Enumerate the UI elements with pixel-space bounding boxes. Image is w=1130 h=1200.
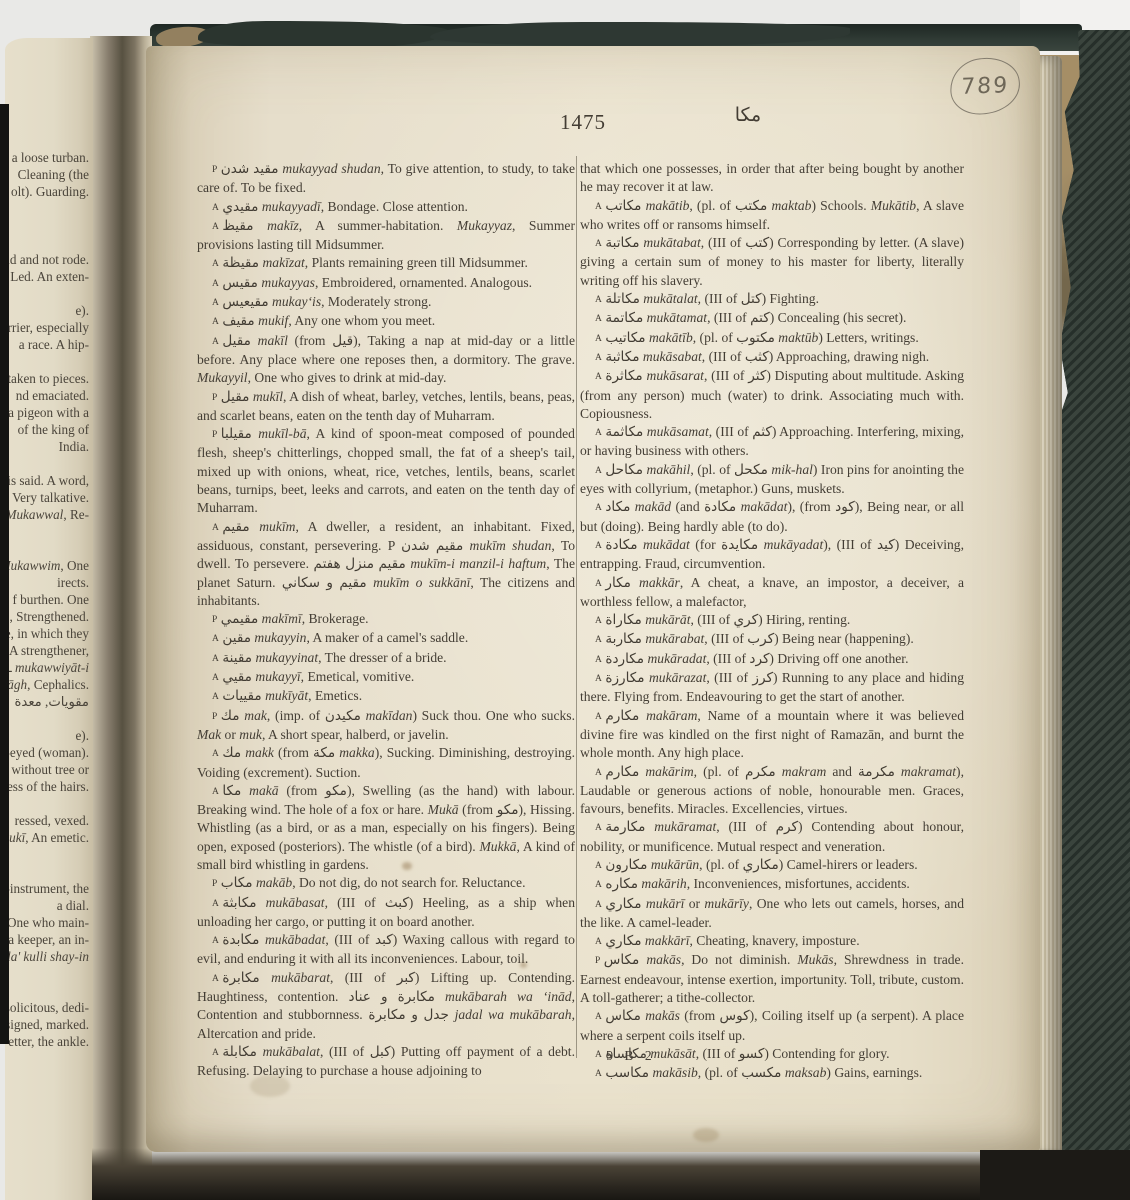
dictionary-entry: Aمقييات mukīyāt, Emetics. xyxy=(197,687,575,706)
language-tag: P xyxy=(595,956,601,966)
cover-fray-patch xyxy=(198,21,448,48)
facing-page-text-fragment: irects. xyxy=(5,575,93,592)
facing-page-text-fragment: a race. A hip- xyxy=(5,337,93,354)
facing-page-text-fragment: olt). Guarding. xyxy=(5,184,93,201)
facing-page-text-fragment: ressed, vexed. xyxy=(5,813,93,830)
facing-page-text-fragment xyxy=(5,235,93,252)
language-tag: A xyxy=(595,353,602,363)
cover-fray-patch xyxy=(430,22,850,46)
language-tag: P xyxy=(212,615,218,625)
language-tag: A xyxy=(595,295,602,305)
language-tag: A xyxy=(595,635,602,645)
dictionary-entry: Aمقيس mukayyas, Embroidered, ornamented.… xyxy=(197,274,575,293)
language-tag: A xyxy=(212,692,219,702)
language-tag: A xyxy=(212,337,219,347)
dictionary-entry: Aمكاد makād (and مكادة makādat), (from ك… xyxy=(580,498,964,536)
dictionary-entry: Aمكاري makkārī, Cheating, knavery, impos… xyxy=(580,932,964,951)
facing-page-text-fragment: a keeper, an in- xyxy=(5,932,93,949)
dictionary-entry: Aمكاثبة mukāsabat, (III of كثب) Approach… xyxy=(580,348,964,367)
dictionary-entry: Aمقيدي mukayyadī, Bondage. Close attenti… xyxy=(197,198,575,217)
language-tag: A xyxy=(595,937,602,947)
dictionary-entry: Aمكاتمة mukātamat, (III of كتم) Conceali… xyxy=(580,309,964,328)
facing-page-text-fragment xyxy=(5,218,93,235)
facing-page-text-fragment: f burthen. One xyxy=(5,592,93,609)
dictionary-entry: that which one possesses, in order that … xyxy=(580,160,964,197)
facing-page-text-fragment: ـو mukawwiyāt-i xyxy=(5,660,93,677)
facing-page-text-fragment xyxy=(5,711,93,728)
dictionary-entry: Aمكاري mukārī or mukārīy, One who lets o… xyxy=(580,895,964,933)
language-tag: A xyxy=(595,314,602,324)
dictionary-entry: Aمقينة mukayyinat, The dresser of a brid… xyxy=(197,649,575,668)
facing-page-text-fragment: -instrument, the xyxy=(5,881,93,898)
facing-page-text-fragment: A strengthener, xyxy=(5,643,93,660)
dictionary-entry: Pمقيد شدن mukayyad shudan, To give atten… xyxy=(197,160,575,198)
language-tag: A xyxy=(595,579,602,589)
facing-page-text-fragment: ukī, An emetic. xyxy=(5,830,93,847)
language-tag: A xyxy=(595,655,602,665)
dictionary-entry: Aمقيظ makīz, A summer-habitation. Mukayy… xyxy=(197,217,575,255)
foxing-spot xyxy=(520,962,527,968)
language-tag: A xyxy=(595,880,602,890)
facing-page-text-fragment xyxy=(5,201,93,218)
facing-page-text-fragment: Mukawwal, Re- xyxy=(5,507,93,524)
dictionary-entry: Aمكابرة mukābarat, (III of كبر) Lifting … xyxy=(197,969,575,1043)
language-tag: A xyxy=(595,900,602,910)
gutter-shadow xyxy=(90,36,152,1200)
facing-page-text-fragment: solicitous, dedi- xyxy=(5,1000,93,1017)
dictionary-entry: Aمقين mukayyin, A maker of a camel's sad… xyxy=(197,629,575,648)
facing-page-text-fragment xyxy=(5,847,93,864)
dictionary-entry: Pمكاس makās, Do not diminish. Mukās, Shr… xyxy=(580,951,964,1007)
dictionary-entry: Aمكاراة mukārāt, (III of كري) Hiring, re… xyxy=(580,611,964,630)
facing-page-text-fragment: of the king of xyxy=(5,422,93,439)
language-tag: A xyxy=(212,222,219,232)
language-tag: P xyxy=(212,430,218,440)
facing-page-text-fragment xyxy=(5,983,93,1000)
left-dark-edge xyxy=(0,104,9,1044)
facing-page-text-fragment: is said. A word, xyxy=(5,473,93,490)
dictionary-entry: Aمكاثرة mukāsarat, (III of كثر) Disputin… xyxy=(580,367,964,423)
dictionary-entry: Aمكاربة mukārabat, (III of كرب) Being ne… xyxy=(580,630,964,649)
language-tag: A xyxy=(212,259,219,269)
facing-page-text-fragment: signed, marked. xyxy=(5,1017,93,1034)
language-tag: A xyxy=(212,654,219,664)
facing-page-text-fragment: Led. An exten- xyxy=(5,269,93,286)
facing-page-text-fragment: One who main- xyxy=(5,915,93,932)
dictionary-entry: Aمك makk (from مكة makka), Sucking. Dimi… xyxy=(197,744,575,782)
dictionary-entry: Aمقيعيس mukayʻis, Moderately strong. xyxy=(197,293,575,312)
dictionary-entry: Pمك mak, (imp. of مكيدن makīdan) Suck th… xyxy=(197,707,575,745)
signature-mark: 9 B 2 xyxy=(184,1048,1078,1064)
facing-page-text-fragment xyxy=(5,456,93,473)
dictionary-entry: Aمكار makkār, A cheat, a knave, an impos… xyxy=(580,574,964,612)
dictionary-entry: Pمقيمي makīmī, Brokerage. xyxy=(197,610,575,629)
facing-page-text-fragment: arrier, especially xyxy=(5,320,93,337)
book-photo: s a loose turban.Cleaning (theolt). Guar… xyxy=(0,0,1130,1200)
facing-page-text-fragment: nd emaciated. xyxy=(5,388,93,405)
handwritten-folio-number: 789 xyxy=(961,73,1010,100)
language-tag: A xyxy=(212,749,219,759)
catchword-arabic: مكا xyxy=(556,104,940,126)
language-tag: A xyxy=(212,523,219,533)
dictionary-entry: Pمكاب makāb, Do not dig, do not search f… xyxy=(197,874,575,893)
facing-page-text-fragment: Very talkative. xyxy=(5,490,93,507)
dictionary-entry: Aمقيي mukayyī, Emetical, vomitive. xyxy=(197,668,575,687)
facing-page-text-fragment: taken to pieces. xyxy=(5,371,93,388)
book-cover-right xyxy=(1056,30,1130,1200)
book-cover-bottom-corner xyxy=(980,1150,1130,1200)
facing-page-text-fragment: e). xyxy=(5,303,93,320)
facing-page-text-fragment xyxy=(5,966,93,983)
language-tag: A xyxy=(212,673,219,683)
language-tag: A xyxy=(212,279,219,289)
facing-page-text-fragment xyxy=(5,864,93,881)
dictionary-entry: Aمكا makā (from مكو), Swelling (as the h… xyxy=(197,782,575,874)
dictionary-entry: Pمقيل mukīl, A dish of wheat, barley, ve… xyxy=(197,388,575,426)
facing-page-text-fragment: a pigeon with a xyxy=(5,405,93,422)
facing-page-text-fragment xyxy=(5,354,93,371)
language-tag: A xyxy=(595,503,602,513)
language-tag: A xyxy=(595,428,602,438)
dictionary-entry: Aمكارزة mukārazat, (III of كرز) Running … xyxy=(580,669,964,707)
language-tag: A xyxy=(595,334,602,344)
language-tag: A xyxy=(595,674,602,684)
dictionary-entry: Aمكاره makārih, Inconveniences, misfortu… xyxy=(580,875,964,894)
language-tag: P xyxy=(212,712,218,722)
facing-page-text-fragment: ', Strengthened. xyxy=(5,609,93,626)
language-tag: P xyxy=(212,879,218,889)
dictionary-entry: Aمكابثة mukābasat, (III of كبث) Heeling,… xyxy=(197,894,575,932)
facing-page-text-fragment: Cleaning (the xyxy=(5,167,93,184)
language-tag: A xyxy=(595,823,602,833)
facing-page-text-fragment: e, in which they xyxy=(5,626,93,643)
facing-page-text-fragment: ness of the hairs. xyxy=(5,779,93,796)
facing-page-text-fragment: e). xyxy=(5,728,93,745)
dictionary-entry: Aمكاسب makāsib, (pl. of مكسب maksab) Gai… xyxy=(580,1064,964,1083)
dictionary-entry: Aمقيف mukif, Any one whom you meet. xyxy=(197,312,575,331)
dictionary-entry: Aمكابدة mukābadat, (III of كبد) Waxing c… xyxy=(197,931,575,969)
dictionary-entry: Aمكاردة mukāradat, (III of كرد) Driving … xyxy=(580,650,964,669)
dictionary-entry: Aمقيل makīl (from قيل), Taking a nap at … xyxy=(197,332,575,388)
facing-page-text-fragment xyxy=(5,286,93,303)
language-tag: A xyxy=(595,712,602,722)
language-tag: A xyxy=(212,974,219,984)
facing-page-text-fragment: India. xyxy=(5,439,93,456)
dictionary-page: 1475 مكا Pمقيد شدن mukayyad shudan, To g… xyxy=(146,46,1040,1152)
foxing-spot xyxy=(402,862,412,870)
facing-page-text-fragment: -eyed (woman). xyxy=(5,745,93,762)
right-column: that which one possesses, in order that … xyxy=(580,160,964,1084)
foxing-spot xyxy=(693,1128,719,1142)
facing-page-text-fragment: a dial. xyxy=(5,898,93,915)
language-tag: A xyxy=(595,1012,602,1022)
dictionary-entry: Aمكارم makārim, (pl. of مكرم makram and … xyxy=(580,763,964,819)
facing-page-text-fragment: la' kulli shay-in xyxy=(5,949,93,966)
column-divider-rule xyxy=(576,156,577,1058)
dictionary-entry: Aمكارمة mukāramat, (III of كرم) Contendi… xyxy=(580,818,964,856)
dictionary-entry: Aمكاتلة mukātalat, (III of كتل) Fighting… xyxy=(580,290,964,309)
facing-page-text-fragment: māgh, Cephalics. xyxy=(5,677,93,694)
dictionary-entry: Aمكاحل makāhil, (pl. of مكحل mik-hal) Ir… xyxy=(580,461,964,499)
dictionary-entry: Aمكارم makāram, Name of a mountain where… xyxy=(580,707,964,763)
language-tag: A xyxy=(595,616,602,626)
dictionary-entry: Aمكاتب makātib, (pl. of مكتب maktab) Sch… xyxy=(580,197,964,235)
dictionary-entry: Pمقيلبا mukīl-bā, A kind of spoon-meat c… xyxy=(197,425,575,517)
facing-page-text-fragment: e without tree or xyxy=(5,762,93,779)
facing-page-text: s a loose turban.Cleaning (theolt). Guar… xyxy=(5,38,93,1051)
language-tag: A xyxy=(212,899,219,909)
facing-page-text-fragment xyxy=(5,541,93,558)
left-column: Pمقيد شدن mukayyad shudan, To give atten… xyxy=(197,160,575,1081)
language-tag: P xyxy=(212,165,218,175)
dictionary-entry: Aمكارون mukārūn, (pl. of مكاري) Camel-hi… xyxy=(580,856,964,875)
language-tag: A xyxy=(212,787,219,797)
language-tag: A xyxy=(595,861,602,871)
dictionary-entry: Aمكاتبة mukātabat, (III of كتب) Correspo… xyxy=(580,234,964,290)
language-tag: P xyxy=(212,393,218,403)
language-tag: A xyxy=(595,541,602,551)
facing-page-text-fragment xyxy=(5,796,93,813)
dictionary-entry: Aمكاس makās (from كوس), Coiling itself u… xyxy=(580,1007,964,1045)
language-tag: A xyxy=(595,372,602,382)
facing-page-fragment-strip: s a loose turban.Cleaning (theolt). Guar… xyxy=(5,38,93,1200)
page-bottom-shadow xyxy=(92,1148,1092,1200)
language-tag: A xyxy=(212,936,219,946)
language-tag: A xyxy=(212,317,219,327)
dictionary-entry: Aمقيم mukīm, A dweller, a resident, an i… xyxy=(197,518,575,610)
language-tag: A xyxy=(212,298,219,308)
dictionary-entry: Aمكاتيب makātīb, (pl. of مكتوب maktūb) L… xyxy=(580,329,964,348)
language-tag: A xyxy=(595,768,602,778)
language-tag: A xyxy=(212,634,219,644)
facing-page-text-fragment: s a loose turban. xyxy=(5,150,93,167)
foxing-spot xyxy=(250,1075,290,1097)
language-tag: A xyxy=(595,1069,602,1079)
facing-page-text-fragment: Mukawwim, One xyxy=(5,558,93,575)
dictionary-entry: Aمكاثمة mukāsamat, (III of كثم) Approach… xyxy=(580,423,964,461)
facing-page-text-fragment: مقويات, معدة xyxy=(5,694,93,711)
facing-page-text-fragment: etter, the ankle. xyxy=(5,1034,93,1051)
language-tag: A xyxy=(595,202,602,212)
dictionary-entry: Aمقيظة makīzat, Plants remaining green t… xyxy=(197,254,575,273)
facing-page-text-fragment: nd and not rode. xyxy=(5,252,93,269)
facing-page-text-fragment xyxy=(5,524,93,541)
language-tag: A xyxy=(212,203,219,213)
language-tag: A xyxy=(595,239,602,249)
dictionary-entry: Aمكادة mukādat (for مكايدة mukāyadat), (… xyxy=(580,536,964,574)
language-tag: A xyxy=(595,466,602,476)
